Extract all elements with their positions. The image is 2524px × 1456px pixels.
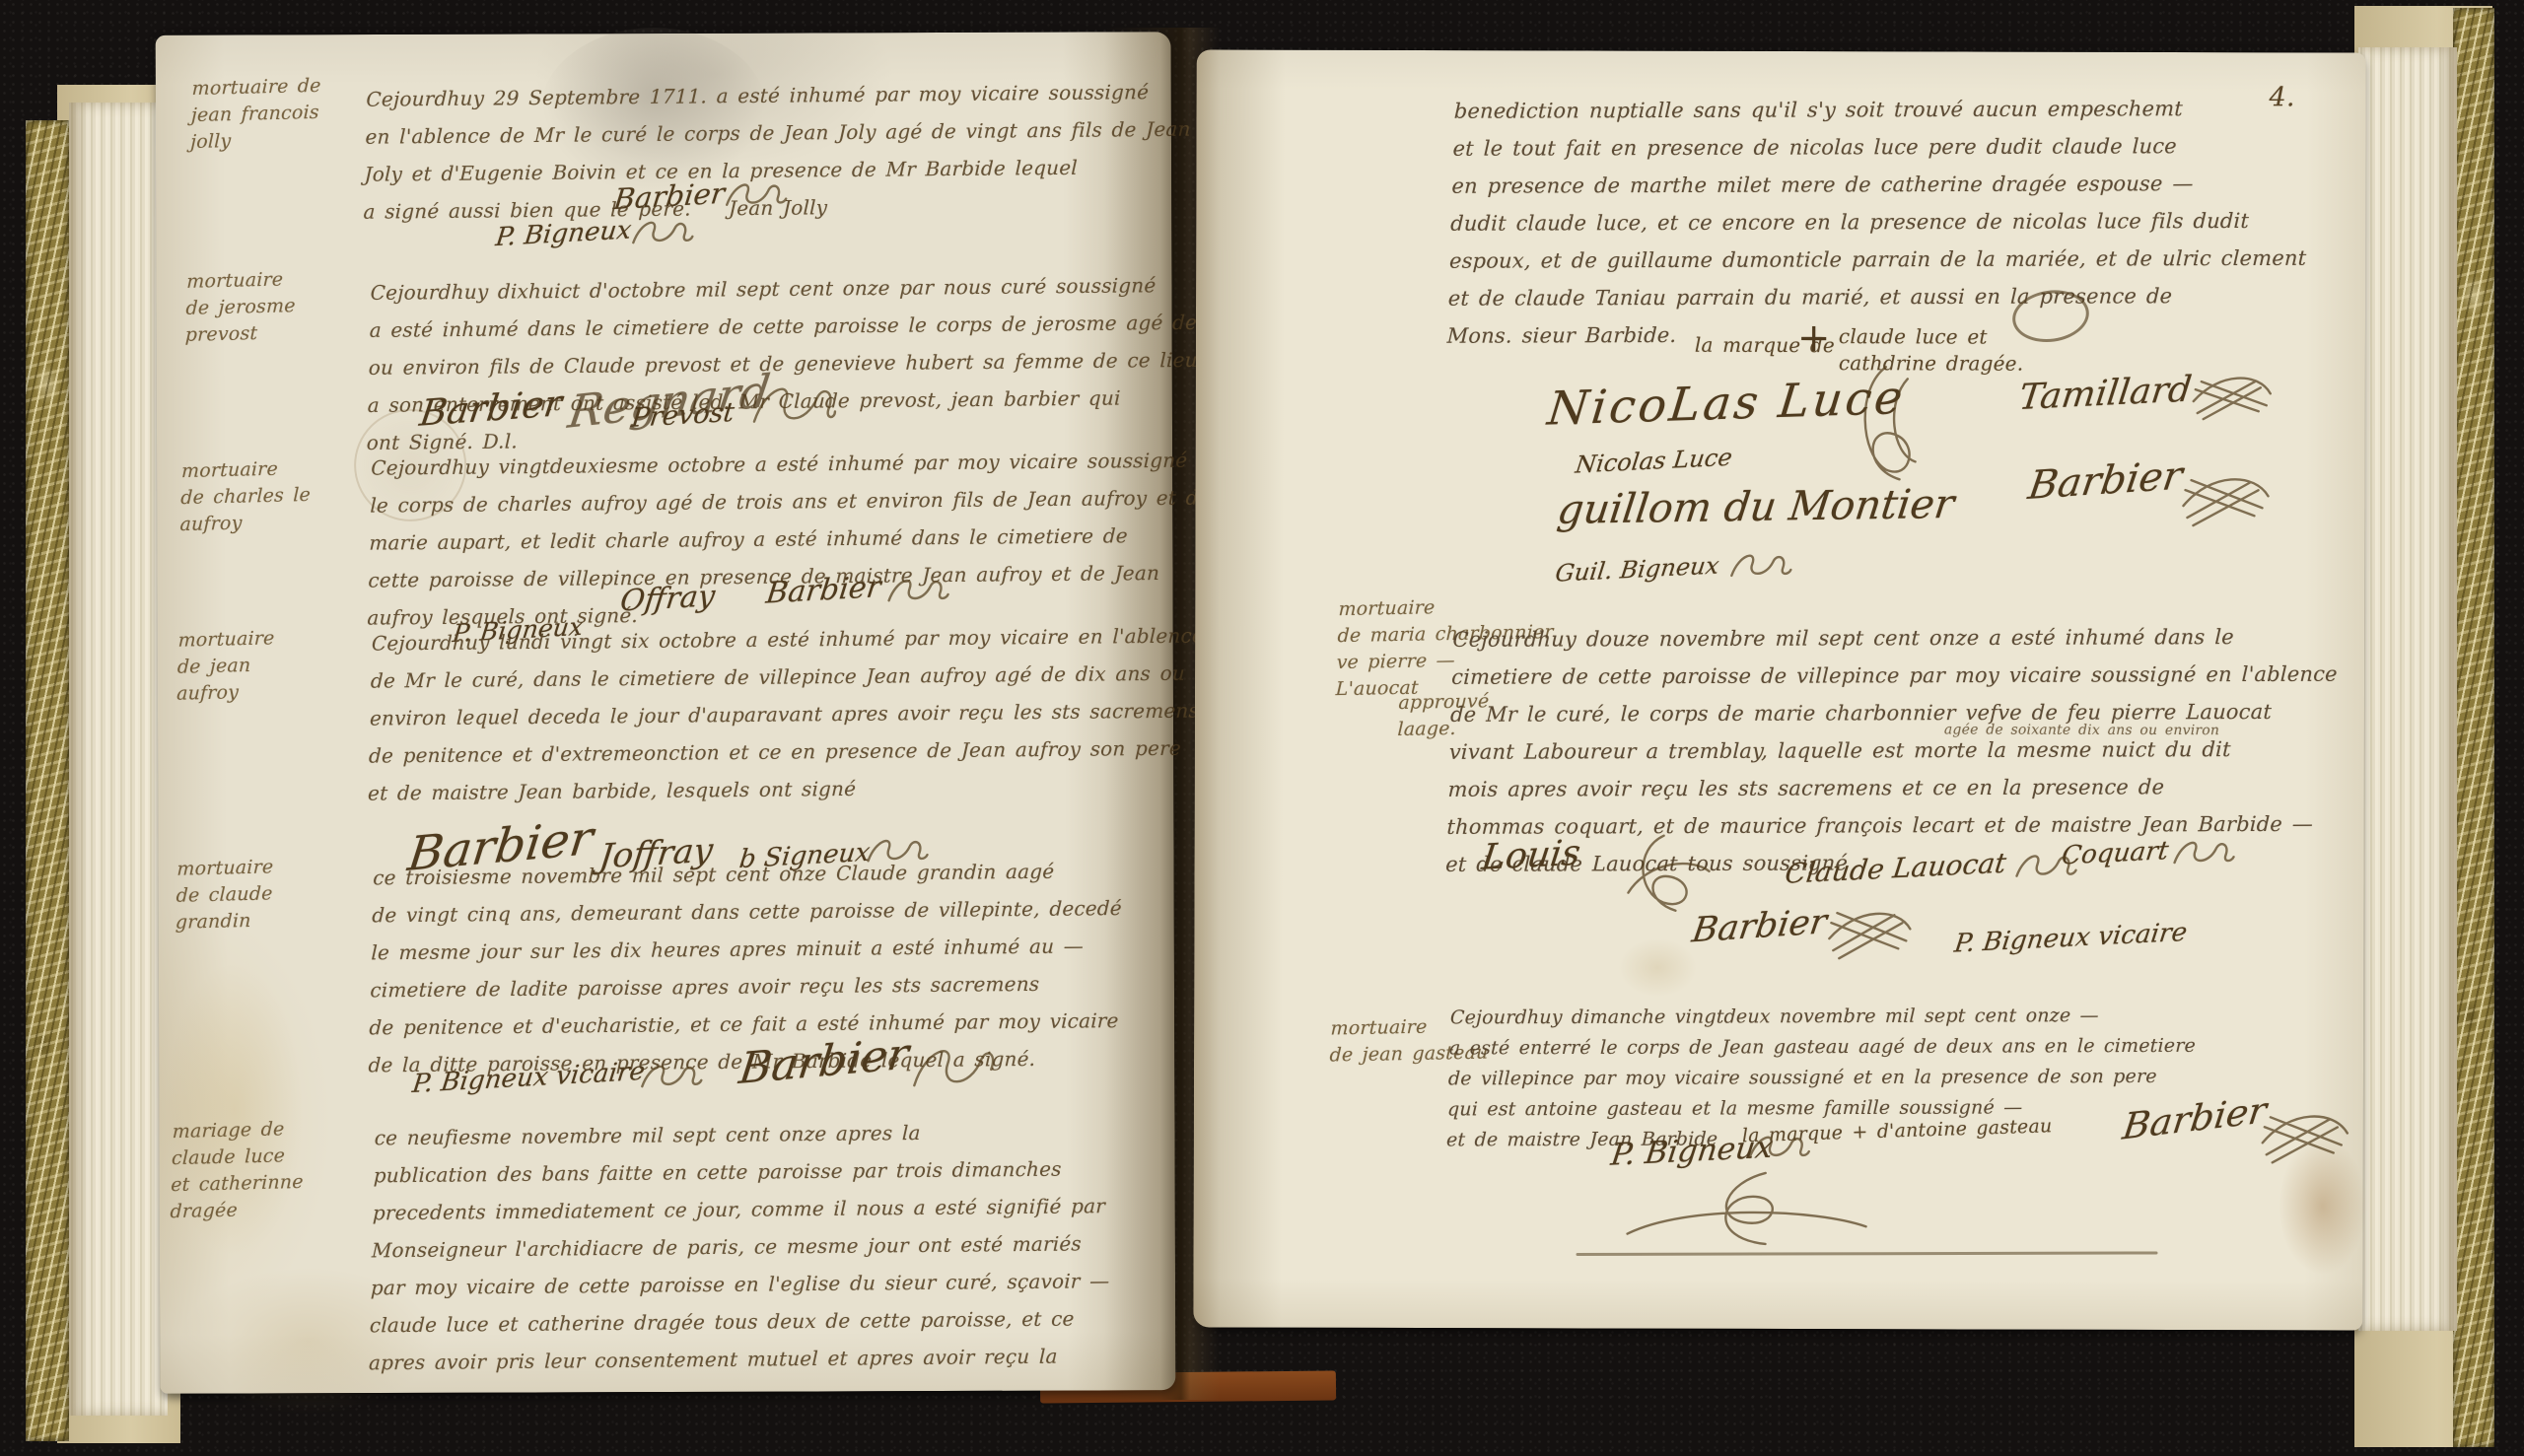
signature-barbier: Barbier [1690,902,1830,950]
page-stack-edge-right [2358,47,2457,1331]
stain [1618,938,1697,998]
mark-names: claude luce et cathdrine dragée. [1839,323,2024,377]
signature-bigneux: P. Bigneux [1609,1130,1775,1173]
stain [2278,1137,2366,1275]
margin-note-mariage-luce: mariage de claude luce et catherinne dra… [170,1116,305,1225]
paraph-flourish-crosshatch [1825,901,1914,966]
signature-guillom-du-montier: guillom du Montier [1555,480,1957,533]
signature-offray: Offray [618,579,717,618]
paraph-swash [1618,1165,1874,1255]
paraph-flourish-crosshatch [2257,1103,2351,1172]
page-stack-edge-left [69,103,168,1416]
marbled-endpaper-right [2453,8,2494,1447]
manuscript-page-left: mortuaire de jean francois jolly Cejourd… [156,32,1176,1394]
signature-guil-bigneux: Guil. Bigneux [1554,552,1720,588]
margin-note-grandin: mortuaire de claude grandin [175,854,274,936]
entry-text-mariage-luce: ce neufiesme novembre mil sept cent onze… [369,1112,1114,1381]
margin-note-jolly: mortuaire de jean francois jolly [190,73,321,156]
interline-age-note: agée de soixante dix ans ou environ [1944,722,2219,738]
signature-bigneux: P. Bigneux [494,216,633,253]
manuscript-page-right: 4. benediction nuptialle sans qu'il s'y … [1193,49,2365,1330]
margin-note-charles-aufroy: mortuaire de charles le aufroy [179,455,312,538]
paraph-flourish-crosshatch [2177,466,2272,535]
marbled-endpaper-left [26,120,69,1441]
signature-louis: Louis [1480,833,1583,878]
signature-coquart: Coquart [2060,836,2170,870]
signature-barbier: Barbier [612,176,727,216]
entry-text-jolly: Cejourdhuy 29 Septembre 1711. a esté inh… [363,72,1222,230]
entry-text-prevost: Cejourdhuy dixhuict d'octobre mil sept c… [366,265,1298,461]
signature-bigneux-vicaire: P. Bigneux vicaire [1953,918,2189,959]
signature-nicolas-luce-small: Nicolas Luce [1574,444,1733,479]
mark-cross: + [1797,315,1831,361]
margin-note-prevost: mortuaire de jerosme prevost [184,266,296,349]
entry-text-jean-aufroy: Cejourdhuy lundi vingt six octobre a est… [368,616,1205,811]
margin-note-jean-aufroy: mortuaire de jean aufroy [176,625,275,707]
signature-tamillard: Tamillard [2017,370,2195,419]
paraph-flourish-crosshatch [2190,368,2275,427]
paraph-flourish [1727,548,1792,588]
signature-barbier: Barbier [2025,453,2185,509]
signature-barbier: Barbier [764,570,882,610]
entry-text-mariage-continuation: benediction nuptialle sans qu'il s'y soi… [1446,90,2312,355]
signature-nicolas-luce-large: NicoLas Luce [1545,371,1908,437]
ink-rule [1577,1251,2158,1256]
